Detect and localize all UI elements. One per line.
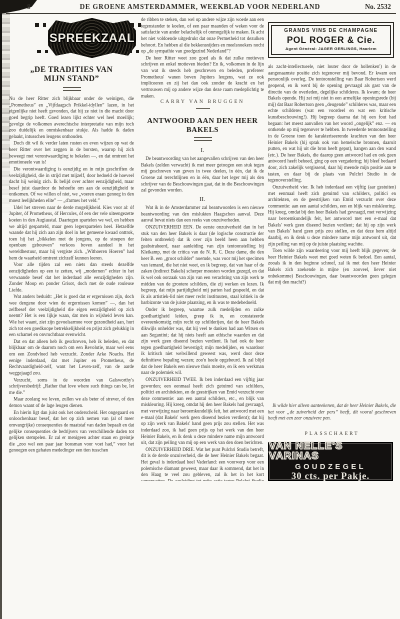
paragraph: Wat ik in de Amsterdammer zal beantwoord… [141, 205, 264, 224]
paragraph: Maar zoolang we leven, zullen we als bet… [9, 397, 134, 410]
title-divider [63, 87, 81, 91]
header-rule [6, 13, 396, 14]
section-divider [196, 108, 210, 109]
paragraph: De heer Ritter weet zoo goed als ik dat … [141, 55, 264, 98]
article-title-line2: BAKELS [141, 125, 264, 134]
ornament-dots-top-left [35, 23, 46, 27]
section-label-2: II. [141, 196, 264, 203]
ad-line-pol-roger: POL ROGER & Cie. [274, 35, 388, 45]
ornament-dots-bottom-right [128, 50, 139, 54]
ad-line-price: 30 cts. per Pakje. [291, 472, 369, 482]
paragraph: ONZUIVERHEID EEN. De eerste onzuiverheid… [141, 224, 264, 306]
paragraph: Onzuiverheid vier. Ik heb inderdaad een … [268, 184, 396, 247]
ad-pol-roger: GRANDS VINS DE CHAMPAGNE POL ROGER & Cie… [268, 22, 394, 58]
article-body-right: als zacht-intellectueele, niet louter do… [268, 64, 396, 403]
spreekzaal-banner: SPREEKZAAL [35, 18, 137, 58]
paragraph: Voor alle tijden zal een niets dan steed… [9, 262, 134, 294]
paragraph: ONZUIVERHEID TWEE. Ik ben inderdaad een … [141, 377, 264, 446]
column-left: SPREEKZAAL „DE TRADITIES VAN MIJN STAND”… [9, 17, 134, 481]
column-middle: de ribben te steken, dan wel op andere w… [141, 17, 264, 481]
paragraph: Onder ik begreep, waartoe zulk medelijde… [141, 307, 264, 376]
title-divider [194, 137, 212, 141]
issue-number: No. 2532 [365, 3, 391, 11]
article-section-1: De beantwoording van het aangevallen sch… [141, 156, 264, 195]
article-title-line1: „DE TRADITIES VAN [9, 65, 134, 74]
section-label-1: I. [141, 147, 264, 154]
paragraph: Nu de heer Ritter zich blijkbaar onder d… [9, 96, 134, 140]
ornament-dots-top-right [130, 23, 141, 27]
paragraph: En hierin ligt dan juist ook het ondersc… [9, 410, 134, 454]
ad-pol-roger-inner: GRANDS VINS DE CHAMPAGNE POL ROGER & Cie… [271, 25, 391, 55]
article-title-traditie: „DE TRADITIES VAN MIJN STAND” [9, 65, 134, 84]
article-body-left: Nu de heer Ritter zich blijkbaar onder d… [9, 96, 134, 481]
article-title-line1: ANTWOORD AAN DEN HEER [141, 116, 264, 125]
paragraph: de ribben te steken, dan wel op andere w… [141, 17, 264, 55]
ad-line-champagne: GRANDS VINS DE CHAMPAGNE [274, 28, 388, 34]
article-continuation: de ribben te steken, dan wel op andere w… [141, 17, 264, 98]
ad-line-van-nelle: VAN NELLE'S VARINAS [269, 441, 392, 462]
signature-plasschaert: PLASSCHAERT [268, 432, 396, 437]
paragraph: Udel het streven naar de derde mogelijkh… [9, 205, 134, 262]
ad-line-goudzegel: GOUDZEGEL [295, 463, 366, 472]
article-title-line2: MIJN STAND” [9, 74, 134, 83]
ornament-dots-bottom-left [37, 50, 48, 54]
paragraph: Toen wilde zijn waardeering voor mij hee… [268, 248, 396, 286]
paragraph: als zacht-intellectueele, niet louter do… [268, 64, 396, 184]
closing-note: Ik wilde hier alleen aanteekenen, dat de… [268, 403, 396, 430]
scan-corner-artifact [0, 0, 37, 14]
paragraph: ONZUIVERHEID DRIE. Wat het punt Pulchri … [141, 447, 264, 481]
signature-carry-van-bruggen: CARRY VAN BRUGGEN [141, 100, 264, 105]
article-section-2: Wat ik in de Amsterdammer zal beantwoord… [141, 205, 264, 481]
ad-line-agent: Agent Général: JAGER GERLINGS, Haarlem [274, 46, 388, 51]
paragraph: De beantwoording van het aangevallen sch… [141, 156, 264, 194]
banner-title: SPREEKZAAL [48, 18, 136, 58]
column-right: GRANDS VINS DE CHAMPAGNE POL ROGER & Cie… [268, 17, 396, 481]
paragraph: Wat anders beduidt: „Het is goed dat er … [9, 294, 134, 338]
article-title-antwoord: ANTWOORD AAN DEN HEER BAKELS [141, 116, 264, 134]
paragraph: Verzucht, soms in de woorden van Galswor… [9, 377, 134, 396]
ad-van-nelle: VAN NELLE'S VARINAS GOUDZEGEL 30 cts. pe… [268, 442, 393, 481]
newspaper-page: 8 DE GROENE AMSTERDAMMER, WEEKBLAD VOOR … [0, 0, 400, 619]
page-number: 8 [27, 3, 31, 11]
paragraph: Doch dit wil ik verder laten rusten en e… [9, 141, 134, 166]
closing-paragraph: Ik wilde hier alleen aanteekenen, dat de… [268, 403, 396, 422]
paragraph: Die verontwaardiging is eenzijdig en in … [9, 166, 134, 204]
masthead-title: DE GROENE AMSTERDAMMER, WEEKBLAD VOOR NE… [60, 3, 340, 11]
paragraph: Dat en dat alleen heb ik geschreven, heb… [9, 339, 134, 377]
